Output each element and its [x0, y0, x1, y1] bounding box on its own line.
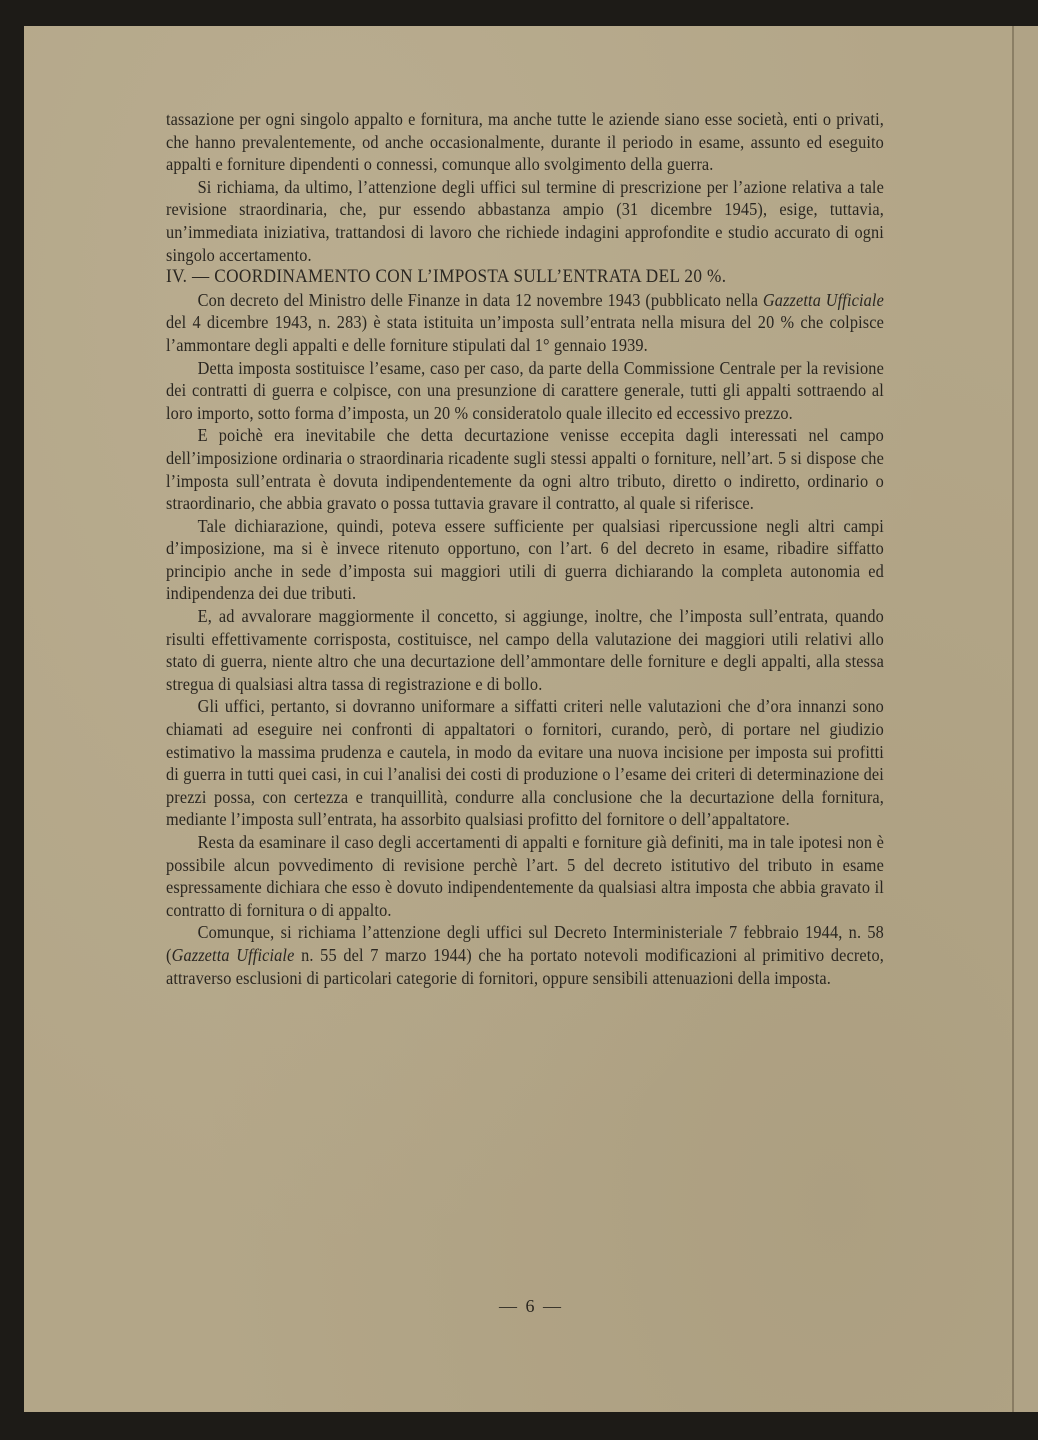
- paragraph-art5: E poichè era inevitabile che detta decur…: [166, 424, 884, 514]
- paragraph-defined-assessments: Resta da esaminare il caso degli accerta…: [166, 831, 884, 921]
- text-run: Con decreto del Ministro delle Finanze i…: [198, 290, 763, 310]
- page-number: — 6 —: [24, 1296, 1038, 1317]
- paragraph-art6: Tale dichiarazione, quindi, poteva esser…: [166, 515, 884, 605]
- paragraph-offices-criteria: Gli uffici, pertanto, si dovranno unifor…: [166, 695, 884, 831]
- paragraph-concept: E, ad avvalorare maggiormente il concett…: [166, 605, 884, 695]
- gazette-title: Gazzetta Ufficiale: [763, 290, 884, 310]
- adjacent-page-edge: [1014, 26, 1038, 1412]
- section-heading: IV. — COORDINAMENTO CON L’IMPOSTA SULL’E…: [166, 266, 884, 289]
- paragraph-tax-substitution: Detta imposta sostituisce l’esame, caso …: [166, 357, 884, 425]
- page-fold-line: [1012, 26, 1014, 1412]
- text-run: del 4 dicembre 1943, n. 283) è stata ist…: [166, 312, 884, 355]
- paragraph-prescription-note: Si richiama, da ultimo, l’attenzione deg…: [166, 176, 884, 266]
- body-text: tassazione per ogni singolo appalto e fo…: [166, 108, 884, 989]
- paragraph-decree-1944: Comunque, si richiama l’attenzione degli…: [166, 921, 884, 989]
- document-page: tassazione per ogni singolo appalto e fo…: [24, 26, 1038, 1412]
- gazette-title: Gazzetta Ufficiale: [172, 945, 295, 965]
- paragraph-continuation: tassazione per ogni singolo appalto e fo…: [166, 108, 884, 176]
- paragraph-decree-1943: Con decreto del Ministro delle Finanze i…: [166, 289, 884, 357]
